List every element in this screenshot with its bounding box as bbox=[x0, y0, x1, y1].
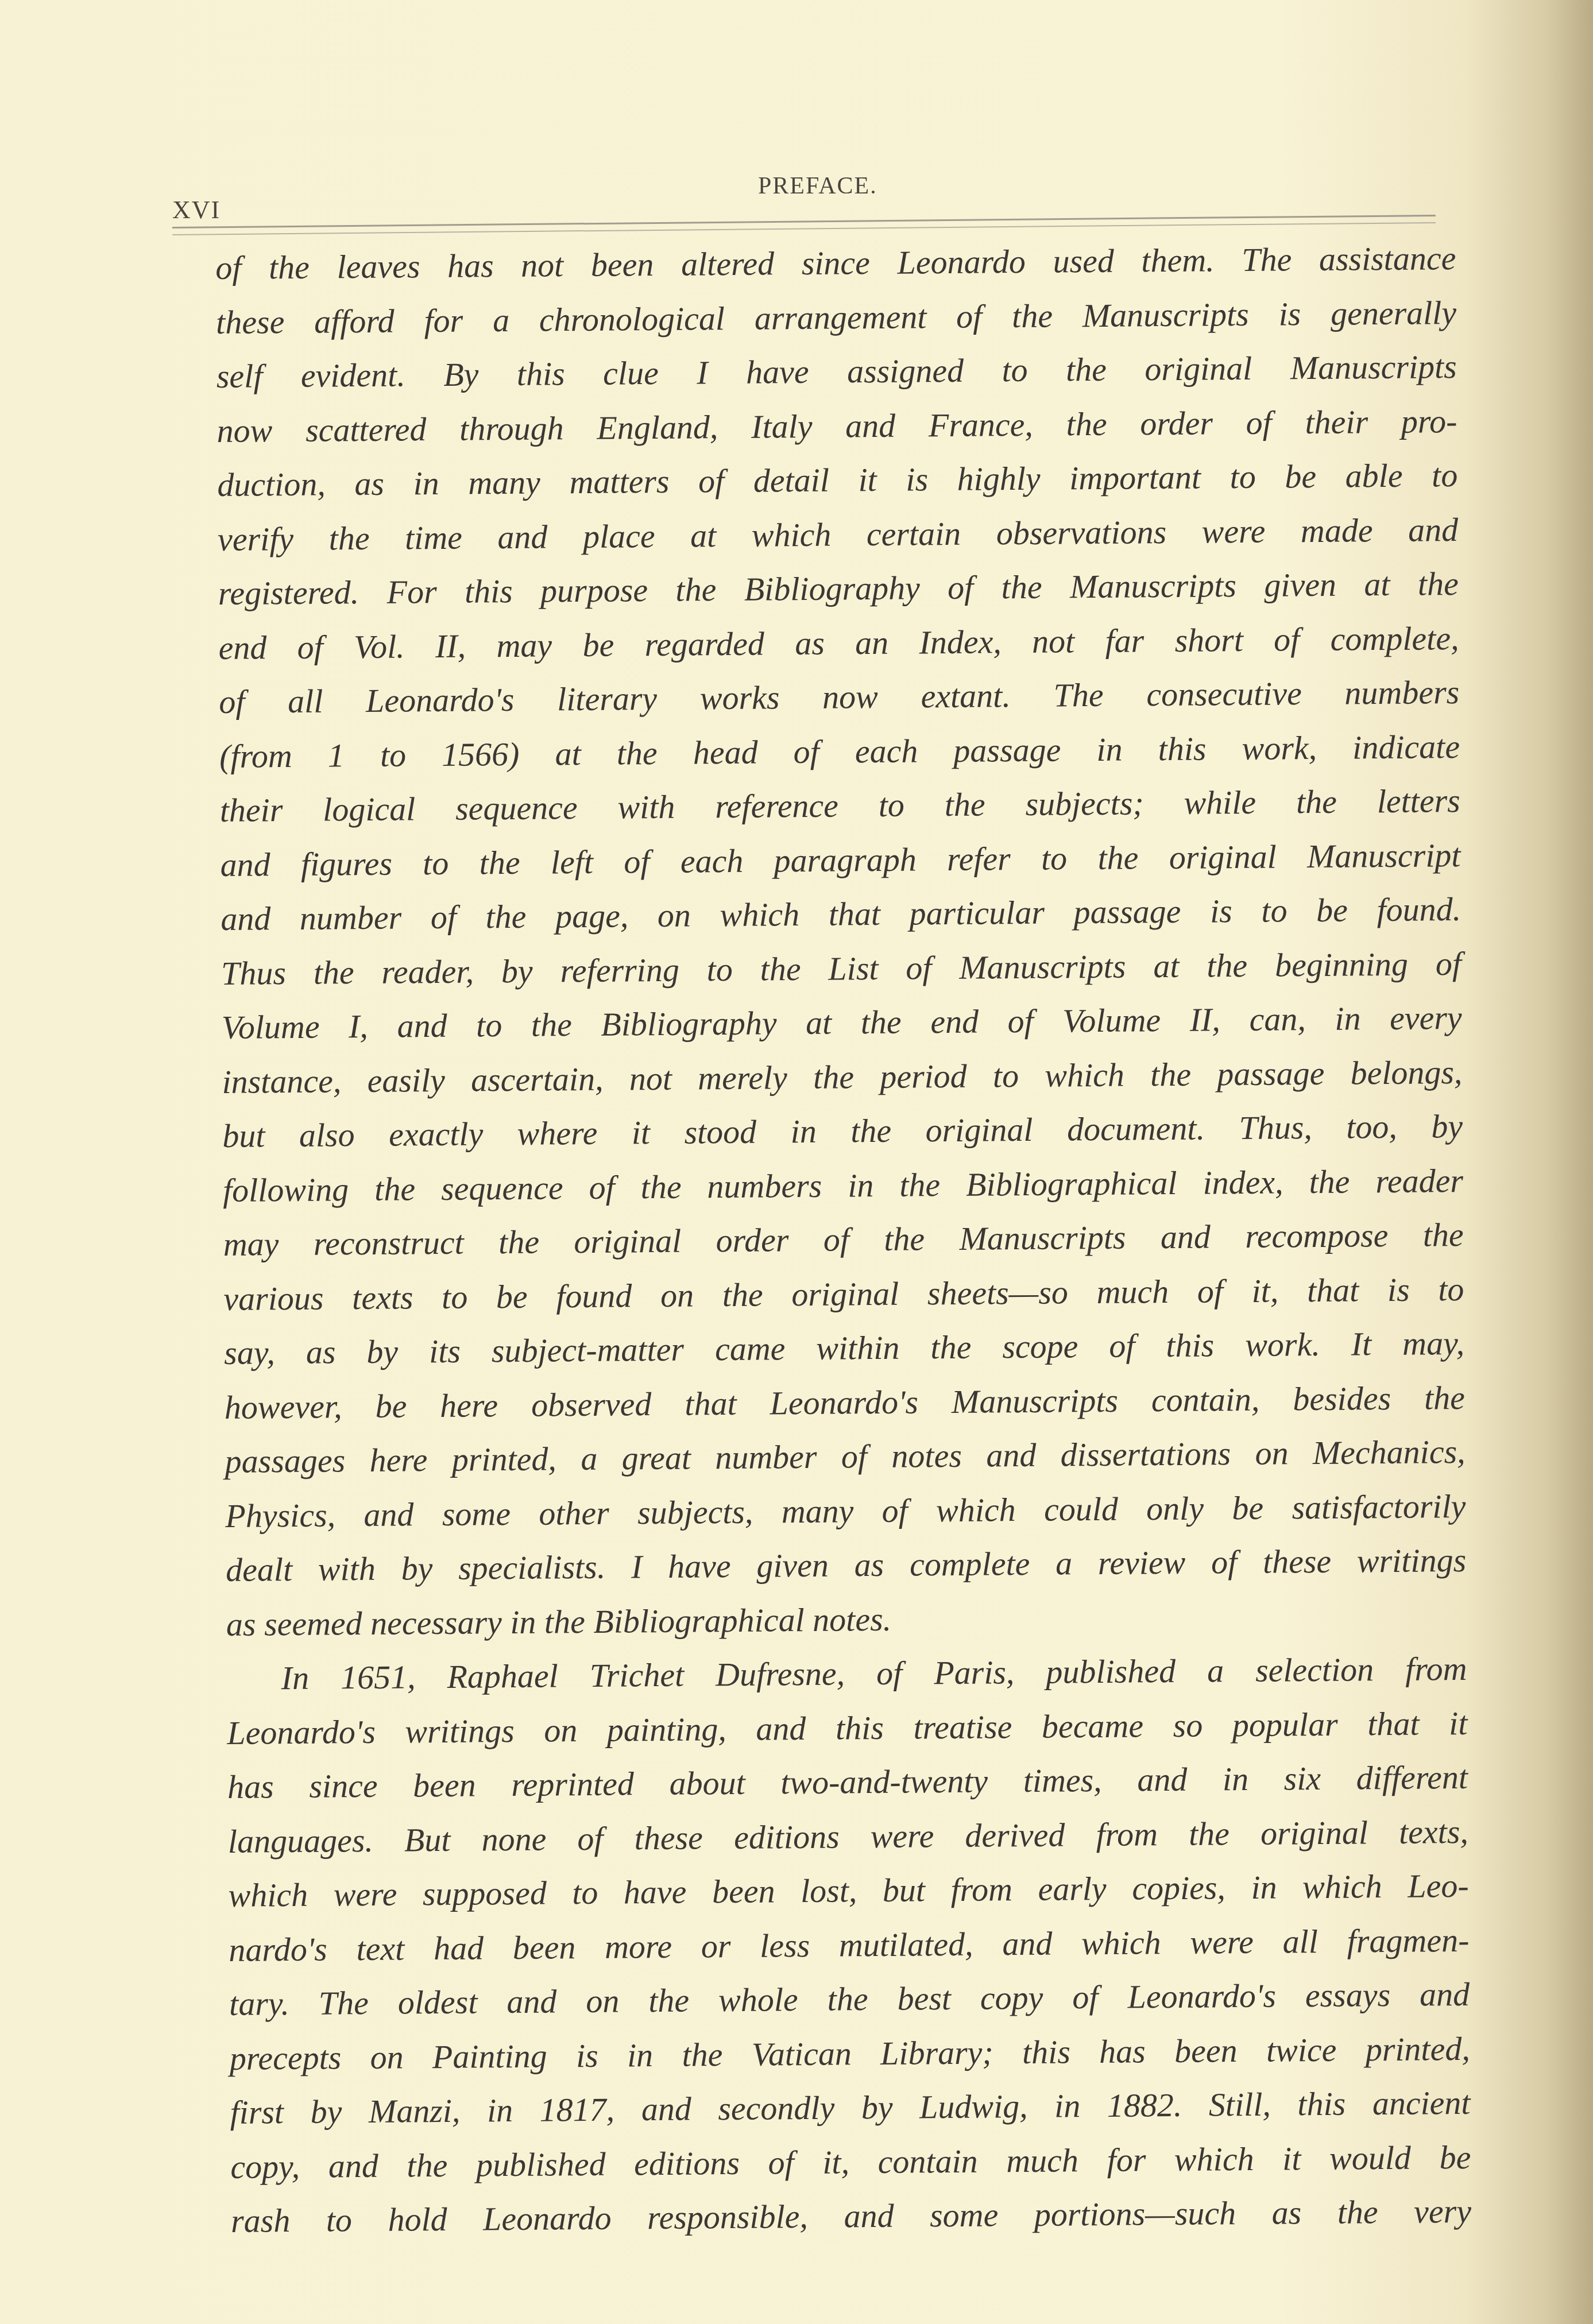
text-line: copy, and the published editions of it, … bbox=[230, 2130, 1471, 2194]
text-line: of all Leonardo's literary works now ext… bbox=[219, 665, 1460, 729]
text-line: and figures to the left of each paragrap… bbox=[220, 828, 1461, 892]
text-line: Leonardo's writings on painting, and thi… bbox=[227, 1696, 1468, 1760]
text-line: verify the time and place at which certa… bbox=[218, 503, 1459, 567]
text-line: first by Manzi, in 1817, and secondly by… bbox=[230, 2076, 1471, 2140]
text-line: rash to hold Leonardo responsible, and s… bbox=[231, 2184, 1472, 2248]
text-line: however, be here observed that Leonardo'… bbox=[225, 1370, 1466, 1434]
page-header: XVI PREFACE. bbox=[172, 166, 1430, 212]
text-line: In 1651, Raphael Trichet Dufresne, of Pa… bbox=[226, 1642, 1467, 1706]
text-line: registered. For this purpose the Bibliog… bbox=[218, 557, 1459, 621]
text-line: of the leaves has not been altered since… bbox=[215, 231, 1456, 295]
text-line: which were supposed to have been lost, b… bbox=[228, 1859, 1469, 1923]
book-page: XVI PREFACE. of the leaves has not been … bbox=[0, 0, 1593, 2324]
text-line: Physics, and some other subjects, many o… bbox=[225, 1479, 1466, 1543]
header-rule bbox=[172, 215, 1436, 235]
running-title: PREFACE. bbox=[758, 172, 877, 200]
paragraph-1: of the leaves has not been altered since… bbox=[215, 231, 1467, 1652]
text-line: has since been reprinted about two-and-t… bbox=[227, 1750, 1468, 1814]
text-line: tary. The oldest and on the whole the be… bbox=[229, 1967, 1470, 2031]
text-line: their logical sequence with reference to… bbox=[219, 774, 1460, 838]
text-line: and number of the page, on which that pa… bbox=[221, 882, 1461, 946]
text-line: precepts on Painting is in the Vatican L… bbox=[229, 2021, 1470, 2085]
text-line: Volume I, and to the Bibliography at the… bbox=[221, 991, 1462, 1055]
text-line: now scattered through England, Italy and… bbox=[216, 394, 1457, 458]
body-text: of the leaves has not been altered since… bbox=[215, 231, 1471, 2248]
text-line: dealt with by specialists. I have given … bbox=[226, 1533, 1467, 1597]
text-line: as seemed necessary in the Bibliographic… bbox=[226, 1587, 1467, 1651]
text-line: instance, easily ascertain, not merely t… bbox=[222, 1045, 1463, 1109]
text-line: (from 1 to 1566) at the head of each pas… bbox=[219, 720, 1460, 784]
text-line: duction, as in many matters of detail it… bbox=[217, 448, 1458, 512]
text-line: these afford for a chronological arrange… bbox=[216, 286, 1457, 350]
text-line: Thus the reader, by referring to the Lis… bbox=[221, 936, 1462, 1000]
text-line: may reconstruct the original order of th… bbox=[223, 1208, 1464, 1272]
text-line: end of Vol. II, may be regarded as an In… bbox=[218, 611, 1459, 675]
text-line: languages. But none of these editions we… bbox=[228, 1804, 1469, 1868]
text-line: say, as by its subject-matter came withi… bbox=[224, 1316, 1465, 1380]
text-line: nardo's text had been more or less mutil… bbox=[229, 1913, 1470, 1977]
text-line: following the sequence of the numbers in… bbox=[223, 1153, 1464, 1217]
text-line: various texts to be found on the origina… bbox=[223, 1262, 1464, 1326]
paragraph-2: In 1651, Raphael Trichet Dufresne, of Pa… bbox=[226, 1642, 1471, 2248]
text-line: self evident. By this clue I have assign… bbox=[216, 340, 1457, 404]
text-line: passages here printed, a great number of… bbox=[225, 1425, 1466, 1489]
page-number: XVI bbox=[172, 195, 221, 224]
text-line: but also exactly where it stood in the o… bbox=[222, 1099, 1463, 1163]
